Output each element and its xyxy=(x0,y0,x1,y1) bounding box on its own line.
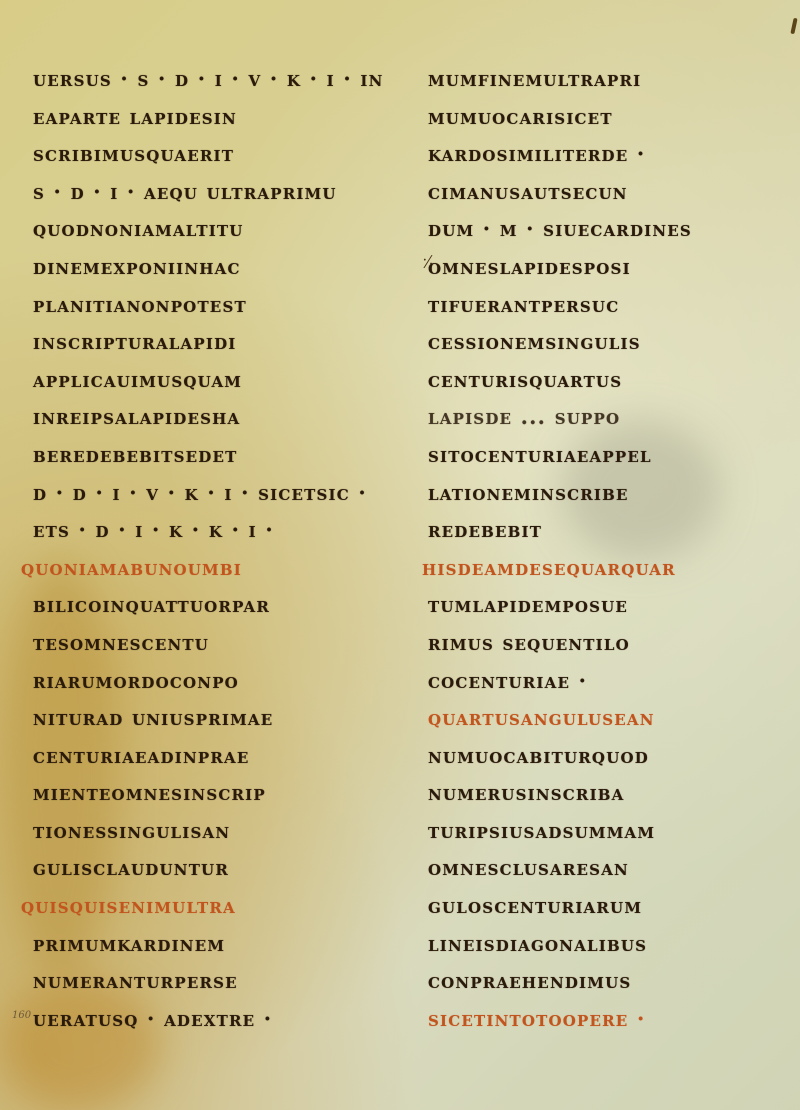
margin-folio-number: 160 xyxy=(12,1010,31,1021)
text-line: lineisdiagonalibus xyxy=(428,925,798,963)
text-line: omnesclusaresan xyxy=(428,849,798,887)
text-line: cimanusautsecun xyxy=(428,173,798,211)
text-line: uersus · s · d · i · v · k · i · in xyxy=(33,60,403,98)
text-line: lapisde ... suppo xyxy=(428,398,798,436)
text-line: bilicoinquattuorpar xyxy=(33,586,403,624)
text-line: dinemexponiinhac xyxy=(33,248,403,286)
text-line: scribimusquaerit xyxy=(33,135,403,173)
text-line: tesomnescentu xyxy=(33,624,403,662)
text-line: quodnoniamaltitu xyxy=(33,210,403,248)
text-line: eaparte lapidesin xyxy=(33,98,403,136)
text-line: dum · m · siuecardines xyxy=(428,210,798,248)
rubric-line: quartusangulusean xyxy=(428,699,798,737)
text-line: conpraehendimus xyxy=(428,962,798,1000)
text-line: omneslapidesposi xyxy=(428,248,798,286)
text-line: primumkardinem xyxy=(33,925,403,963)
text-line: applicauimusquam xyxy=(33,361,403,399)
text-line: redebebit xyxy=(428,511,798,549)
text-line: ets · d · i · k · k · i · xyxy=(33,511,403,549)
text-line: centurisquartus xyxy=(428,361,798,399)
text-line: numerusinscriba xyxy=(428,774,798,812)
rubric-line: hisdeamdesequarquar xyxy=(422,549,798,587)
text-line: tumlapidemposue xyxy=(428,586,798,624)
text-line: mumfinemultrapri xyxy=(428,60,798,98)
text-line: rimus sequentilo xyxy=(428,624,798,662)
text-line: numeranturperse xyxy=(33,962,403,1000)
rubric-line: quoniamabunoumbi xyxy=(21,549,403,587)
text-line: mumuocarisicet xyxy=(428,98,798,136)
text-line: tionessingulisan xyxy=(33,812,403,850)
text-line: inscripturalapidi xyxy=(33,323,403,361)
text-line: kardosimiliterde · xyxy=(428,135,798,173)
rubric-line: sicetintotoopere · xyxy=(428,1000,798,1038)
right-column: mumfinemultrapri mumuocarisicet kardosim… xyxy=(428,60,798,1037)
text-line: sitocenturiaeappel xyxy=(428,436,798,474)
text-line: gulisclauduntur xyxy=(33,849,403,887)
text-line: riarumordoconpo xyxy=(33,662,403,700)
text-line: mienteomnesinscrip xyxy=(33,774,403,812)
text-line: d · d · i · v · k · i · sicetsic · xyxy=(33,474,403,512)
manuscript-page: uersus · s · d · i · v · k · i · in eapa… xyxy=(0,0,800,1110)
text-line: niturad uniusprimae xyxy=(33,699,403,737)
text-line: planitianonpotest xyxy=(33,286,403,324)
text-line: guloscenturiarum xyxy=(428,887,798,925)
text-line: beredebebitsedet xyxy=(33,436,403,474)
text-line: cocenturiae · xyxy=(428,662,798,700)
corner-ink-mark xyxy=(790,18,797,34)
text-line: s · d · i · aequ ultraprimu xyxy=(33,173,403,211)
text-line: lationeminscribe xyxy=(428,474,798,512)
text-line: centuriaeadinprae xyxy=(33,737,403,775)
text-line: tifuerantpersuc xyxy=(428,286,798,324)
text-line: cessionemsingulis xyxy=(428,323,798,361)
left-column: uersus · s · d · i · v · k · i · in eapa… xyxy=(33,60,403,1037)
text-line: inreipsalapidesha xyxy=(33,398,403,436)
rubric-line: quisquisenimultra xyxy=(21,887,403,925)
text-line: ueratusq · adextre · xyxy=(33,1000,403,1038)
text-line: turipsiusadsummam xyxy=(428,812,798,850)
text-line: numuocabiturquod xyxy=(428,737,798,775)
